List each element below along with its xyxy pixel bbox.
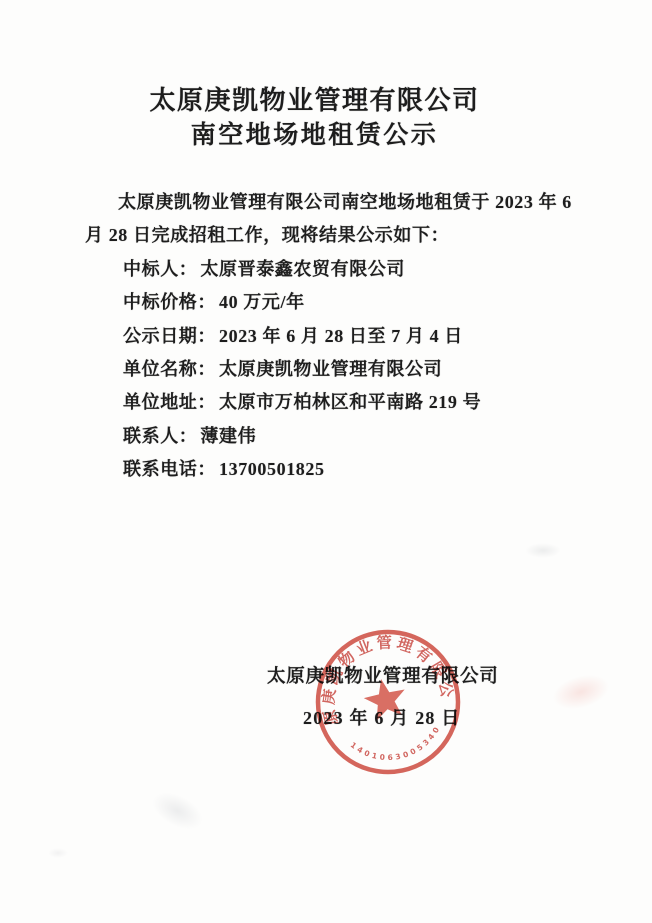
company-seal-stamp: 太原庚凯物业管理有限公司 1401063005340 (308, 622, 468, 782)
item-label: 中标人： (123, 259, 197, 279)
notice-items: 中标人：太原晋泰鑫农贸有限公司 中标价格：40 万元/年 公示日期：2023 年… (85, 253, 575, 487)
intro-paragraph: 太原庚凯物业管理有限公司南空地场地租赁于 2023 年 6 月 28 日完成招租… (85, 186, 575, 253)
scan-smudge (525, 543, 561, 558)
item-label: 单位地址： (123, 392, 216, 412)
document-title: 太原庚凯物业管理有限公司 南空地场地租赁公示 (71, 83, 558, 153)
item-price: 中标价格：40 万元/年 (123, 286, 575, 319)
item-label: 公示日期： (123, 326, 216, 346)
item-value: 13700501825 (219, 459, 325, 479)
item-value: 太原市万柏林区和平南路 219 号 (219, 392, 481, 412)
item-contact-phone: 联系电话：13700501825 (123, 453, 575, 486)
item-label: 单位名称： (123, 359, 216, 379)
item-label: 中标价格： (123, 292, 216, 312)
item-value: 40 万元/年 (219, 292, 305, 312)
item-company-name: 单位名称：太原庚凯物业管理有限公司 (123, 353, 575, 386)
item-value: 2023 年 6 月 28 日至 7 月 4 日 (219, 326, 463, 346)
document-page: 太原庚凯物业管理有限公司 南空地场地租赁公示 太原庚凯物业管理有限公司南空地场地… (0, 0, 652, 923)
item-winner: 中标人：太原晋泰鑫农贸有限公司 (123, 253, 575, 286)
scan-smudge (146, 785, 209, 837)
seal-ring-text: 太原庚凯物业管理有限公司 (308, 622, 457, 732)
item-label: 联系电话： (123, 459, 216, 479)
item-value: 薄建伟 (200, 426, 256, 446)
title-line-1: 太原庚凯物业管理有限公司 (71, 83, 558, 119)
title-line-2: 南空地场地租赁公示 (71, 119, 558, 153)
item-company-address: 单位地址：太原市万柏林区和平南路 219 号 (123, 386, 575, 419)
intro-line-2: 月 28 日完成招租工作，现将结果公示如下： (85, 219, 575, 252)
notice-body: 太原庚凯物业管理有限公司南空地场地租赁于 2023 年 6 月 28 日完成招租… (85, 186, 575, 487)
item-value: 太原庚凯物业管理有限公司 (219, 359, 442, 379)
scan-smudge (48, 848, 68, 858)
seal-star-icon (361, 675, 410, 723)
item-contact-person: 联系人：薄建伟 (123, 420, 575, 453)
svg-text:1401063005340: 1401063005340 (347, 722, 447, 771)
intro-line-1: 太原庚凯物业管理有限公司南空地场地租赁于 2023 年 6 (85, 186, 575, 219)
item-publicity-period: 公示日期：2023 年 6 月 28 日至 7 月 4 日 (123, 320, 575, 353)
item-value: 太原晋泰鑫农贸有限公司 (200, 259, 405, 279)
item-label: 联系人： (123, 426, 197, 446)
scan-smudge (549, 669, 613, 715)
svg-text:太原庚凯物业管理有限公司: 太原庚凯物业管理有限公司 (308, 622, 457, 732)
seal-serial-number: 1401063005340 (347, 722, 447, 771)
